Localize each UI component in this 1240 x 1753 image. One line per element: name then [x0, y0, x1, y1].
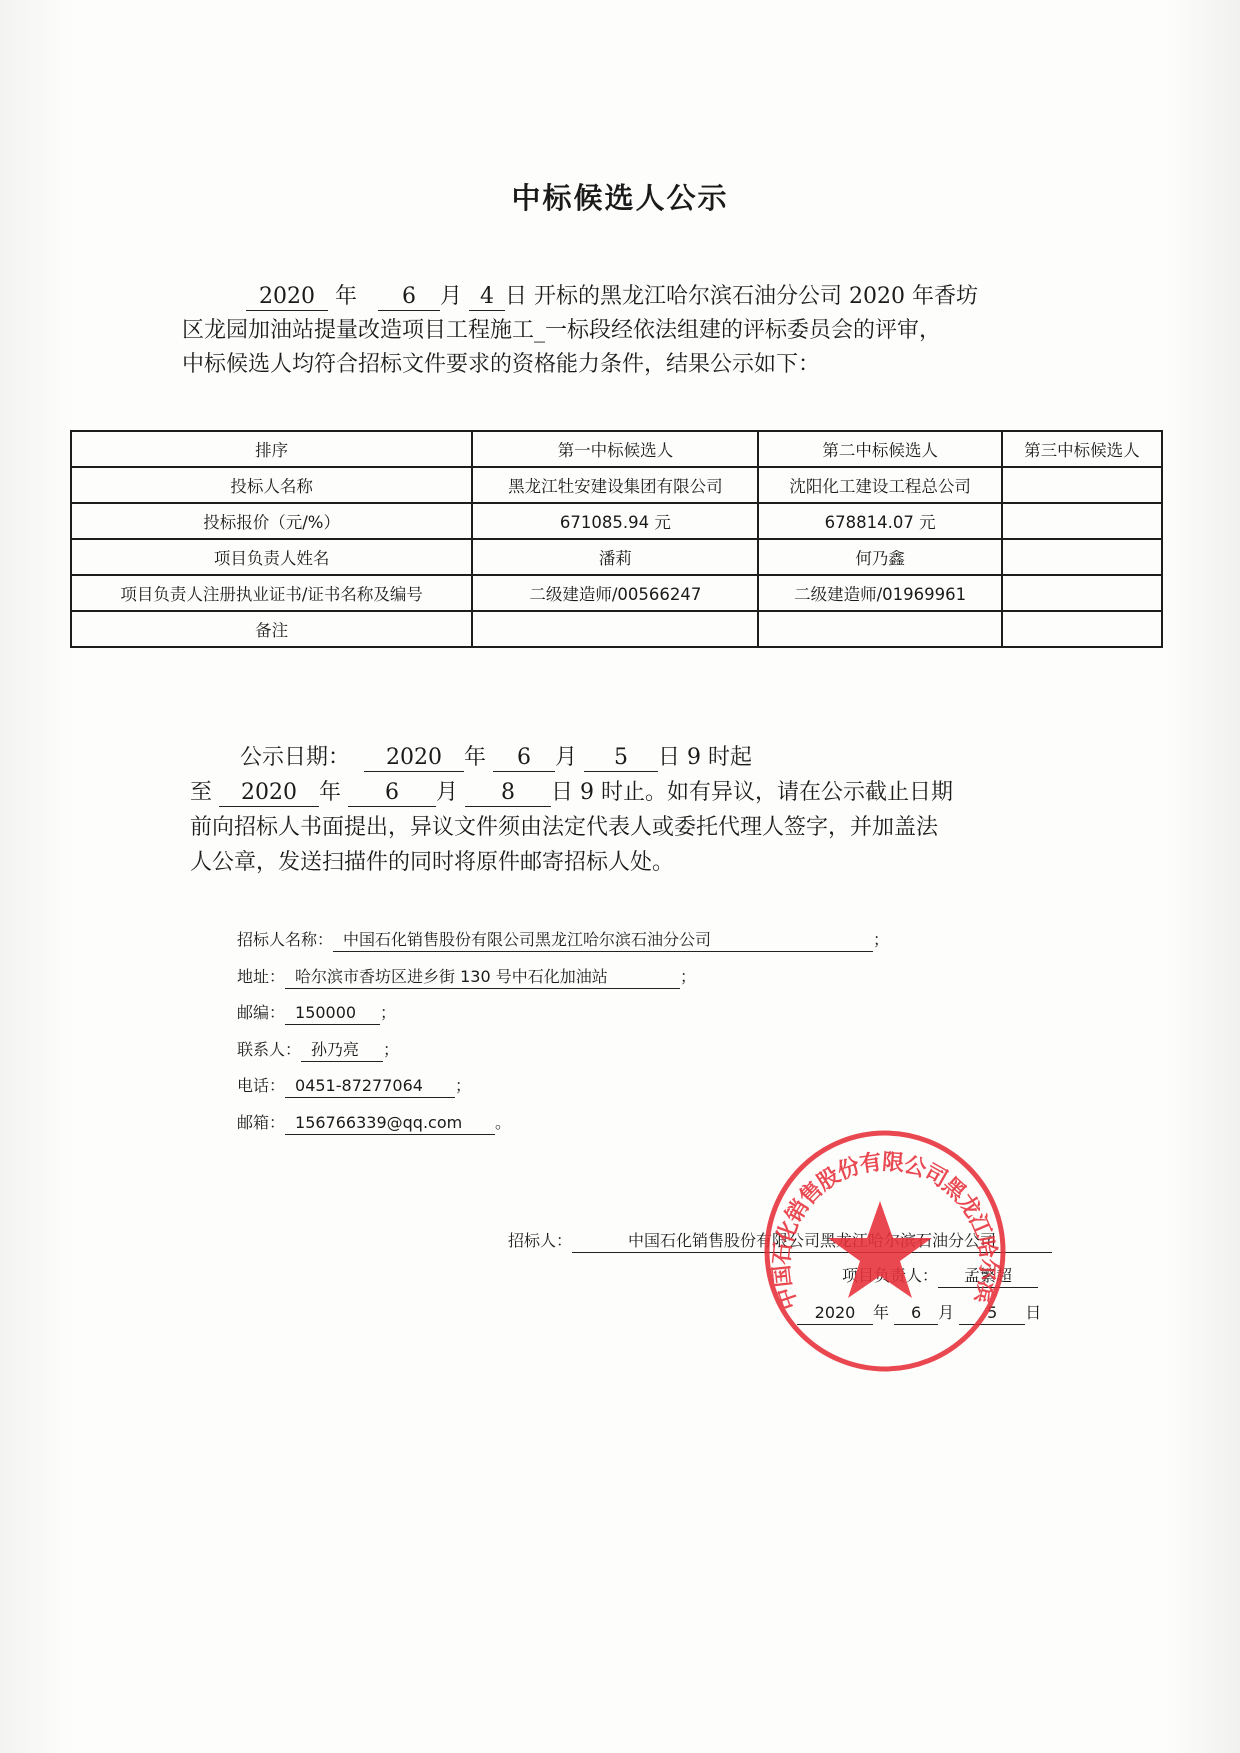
end-month: 6	[348, 780, 436, 807]
tenderer-value: 中国石化销售股份有限公司黑龙江哈尔滨石油分公司	[333, 929, 873, 952]
signature-tenderer-label: 招标人：	[508, 1231, 572, 1250]
row-label: 备注	[71, 611, 472, 647]
sign-month: 6	[894, 1302, 938, 1325]
cell-second: 二级建造师/01969961	[758, 575, 1001, 611]
publicity-notice: 公示日期： 2020年 6月 5日 9 时起 至 2020年 6月 8日 9 时…	[190, 740, 1070, 880]
tenderer-row: 招标人名称：中国石化销售股份有限公司黑龙江哈尔滨石油分公司；	[237, 922, 889, 959]
table-row: 投标人名称 黑龙江牡安建设集团有限公司 沈阳化工建设工程总公司	[71, 467, 1162, 503]
table-row: 项目负责人注册执业证书/证书名称及编号 二级建造师/00566247 二级建造师…	[71, 575, 1162, 611]
table-row: 项目负责人姓名 潘莉 何乃鑫	[71, 539, 1162, 575]
cell-third	[1002, 539, 1162, 575]
open-year: 2020	[246, 284, 328, 311]
year-unit: 年	[873, 1303, 889, 1322]
year-unit: 年	[335, 284, 357, 309]
sign-day: 5	[959, 1302, 1025, 1325]
email-row: 邮箱：156766339@qq.com。	[237, 1105, 889, 1142]
start-day: 5	[584, 745, 658, 772]
signature-tenderer-value: 中国石化销售股份有限公司黑龙江哈尔滨石油分公司	[572, 1230, 1052, 1253]
semicolon: ；	[680, 967, 696, 986]
cell-first: 潘莉	[472, 539, 758, 575]
month-unit: 月	[436, 780, 458, 805]
contact-info: 招标人名称：中国石化销售股份有限公司黑龙江哈尔滨石油分公司； 地址：哈尔滨市香坊…	[237, 922, 889, 1141]
start-month: 6	[493, 745, 555, 772]
year-unit: 年	[464, 745, 486, 770]
semicolon: ；	[873, 930, 889, 949]
header-rank: 排序	[71, 431, 472, 467]
year-unit: 年	[319, 780, 341, 805]
end-suffix: 日 9 时止。如有异议，请在公示截止日期	[551, 780, 953, 805]
table-header-row: 排序 第一中标候选人 第二中标候选人 第三中标候选人	[71, 431, 1162, 467]
cell-first: 671085.94 元	[472, 503, 758, 539]
email-label: 邮箱：	[237, 1113, 285, 1132]
cell-second	[758, 611, 1001, 647]
header-third-candidate: 第三中标候选人	[1002, 431, 1162, 467]
cell-third	[1002, 611, 1162, 647]
address-label: 地址：	[237, 967, 285, 986]
cell-second: 何乃鑫	[758, 539, 1001, 575]
postcode-label: 邮编：	[237, 1003, 285, 1022]
end-year: 2020	[219, 780, 319, 807]
cell-second: 沈阳化工建设工程总公司	[758, 467, 1001, 503]
tenderer-label: 招标人名称：	[237, 930, 333, 949]
cell-second: 678814.07 元	[758, 503, 1001, 539]
end-day: 8	[465, 780, 551, 807]
intro-paragraph: 2020 年 6月 4日 开标的黑龙江哈尔滨石油分公司 2020 年香坊 区龙园…	[182, 280, 1062, 382]
cell-first	[472, 611, 758, 647]
phone-value: 0451-87277064	[285, 1075, 455, 1098]
open-month: 6	[378, 284, 440, 311]
header-second-candidate: 第二中标候选人	[758, 431, 1001, 467]
semicolon: ；	[455, 1076, 471, 1095]
notice-line-4: 人公章，发送扫描件的同时将原件邮寄招标人处。	[190, 845, 1070, 880]
intro-line-1: 2020 年 6月 4日 开标的黑龙江哈尔滨石油分公司 2020 年香坊	[182, 280, 1062, 314]
address-value: 哈尔滨市香坊区进乡街 130 号中石化加油站	[285, 966, 680, 989]
cell-third	[1002, 503, 1162, 539]
notice-line-1: 公示日期： 2020年 6月 5日 9 时起	[190, 740, 1070, 775]
phone-row: 电话：0451-87277064；	[237, 1068, 889, 1105]
row-label: 投标人名称	[71, 467, 472, 503]
cell-first: 二级建造师/00566247	[472, 575, 758, 611]
address-row: 地址：哈尔滨市香坊区进乡街 130 号中石化加油站；	[237, 959, 889, 996]
signature-date-row: 2020年 6月 5日	[797, 1300, 1041, 1325]
to-label: 至	[190, 780, 212, 805]
period: 。	[495, 1113, 511, 1132]
row-label: 项目负责人姓名	[71, 539, 472, 575]
contact-person-label: 联系人：	[237, 1040, 301, 1059]
notice-line-3: 前向招标人书面提出，异议文件须由法定代表人或委托代理人签字，并加盖法	[190, 810, 1070, 845]
month-unit: 月	[440, 284, 462, 309]
postcode-value: 150000	[285, 1002, 380, 1025]
month-unit: 月	[555, 745, 577, 770]
day-unit: 日	[1025, 1303, 1041, 1322]
month-unit: 月	[938, 1303, 954, 1322]
email-value: 156766339@qq.com	[285, 1112, 495, 1135]
signature-manager-row: 项目负责人：孟繁超	[842, 1263, 1038, 1288]
intro-line-1-rest: 开标的黑龙江哈尔滨石油分公司 2020 年香坊	[534, 284, 978, 309]
intro-line-2: 区龙园加油站提量改造项目工程施工_一标段经依法组建的评标委员会的评审，	[182, 314, 1062, 348]
table-row: 投标报价（元/%） 671085.94 元 678814.07 元	[71, 503, 1162, 539]
semicolon: ；	[383, 1040, 399, 1059]
notice-label: 公示日期：	[240, 745, 350, 770]
row-label: 项目负责人注册执业证书/证书名称及编号	[71, 575, 472, 611]
candidates-table: 排序 第一中标候选人 第二中标候选人 第三中标候选人 投标人名称 黑龙江牡安建设…	[70, 430, 1163, 648]
manager-value: 孟繁超	[938, 1265, 1038, 1288]
start-suffix: 日 9 时起	[658, 745, 752, 770]
document-title: 中标候选人公示	[0, 176, 1240, 217]
cell-first: 黑龙江牡安建设集团有限公司	[472, 467, 758, 503]
day-unit: 日	[505, 284, 527, 309]
table-row: 备注	[71, 611, 1162, 647]
intro-line-3: 中标候选人均符合招标文件要求的资格能力条件，结果公示如下：	[182, 348, 1062, 382]
cell-third	[1002, 575, 1162, 611]
row-label: 投标报价（元/%）	[71, 503, 472, 539]
sign-year: 2020	[797, 1302, 873, 1325]
open-day: 4	[469, 284, 505, 311]
start-year: 2020	[364, 745, 464, 772]
signature-tenderer-row: 招标人：中国石化销售股份有限公司黑龙江哈尔滨石油分公司	[508, 1228, 1052, 1253]
header-first-candidate: 第一中标候选人	[472, 431, 758, 467]
manager-label: 项目负责人：	[842, 1266, 938, 1285]
notice-line-2: 至 2020年 6月 8日 9 时止。如有异议，请在公示截止日期	[190, 775, 1070, 810]
semicolon: ；	[380, 1003, 396, 1022]
contact-person-row: 联系人：孙乃亮；	[237, 1032, 889, 1069]
cell-third	[1002, 467, 1162, 503]
postcode-row: 邮编：150000；	[237, 995, 889, 1032]
contact-person-value: 孙乃亮	[301, 1039, 383, 1062]
phone-label: 电话：	[237, 1076, 285, 1095]
